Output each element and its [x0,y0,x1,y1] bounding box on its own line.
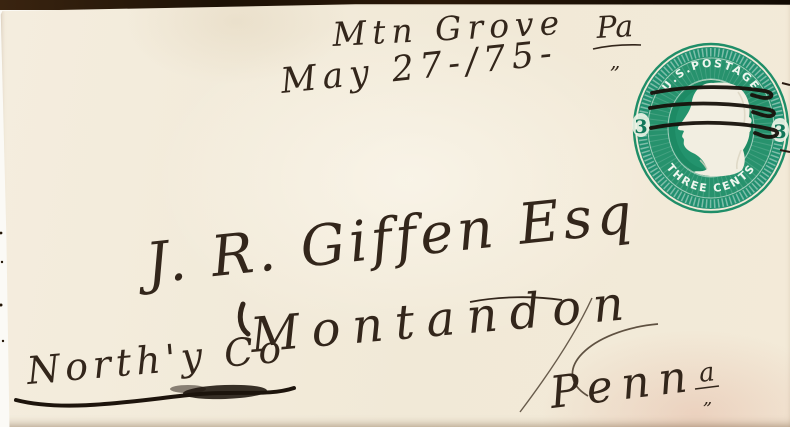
postmark-state: Pa [595,9,635,46]
edge-speck [0,304,3,307]
corner-note-text: North'y Co [24,326,288,393]
stamp-denomination-left: 3 [634,116,647,138]
edge-speck [2,340,4,342]
edge-speck [1,261,3,263]
scanned-envelope-photo: U.S.POSTAGE THREE CENTS 3 3 Mtn Grove Pa… [0,0,790,427]
envelope-artwork: U.S.POSTAGE THREE CENTS 3 3 Mtn Grove Pa… [0,0,790,427]
address-state-superscript: a [697,357,716,389]
manuscript-postmark: Mtn Grove Pa „ May 27-/75- [278,3,641,102]
address-state-ditto: „ [703,388,712,409]
address-block: J. R. Giffen Esq Montandon Penn a „ [133,181,719,419]
address-city: Montandon [247,274,638,364]
address-state: Penn [546,350,698,419]
corner-note: North'y Co [16,326,294,405]
edge-speck [0,232,2,235]
postmark-state-ditto: „ [610,49,620,73]
corner-note-ink-smudge [170,385,206,393]
